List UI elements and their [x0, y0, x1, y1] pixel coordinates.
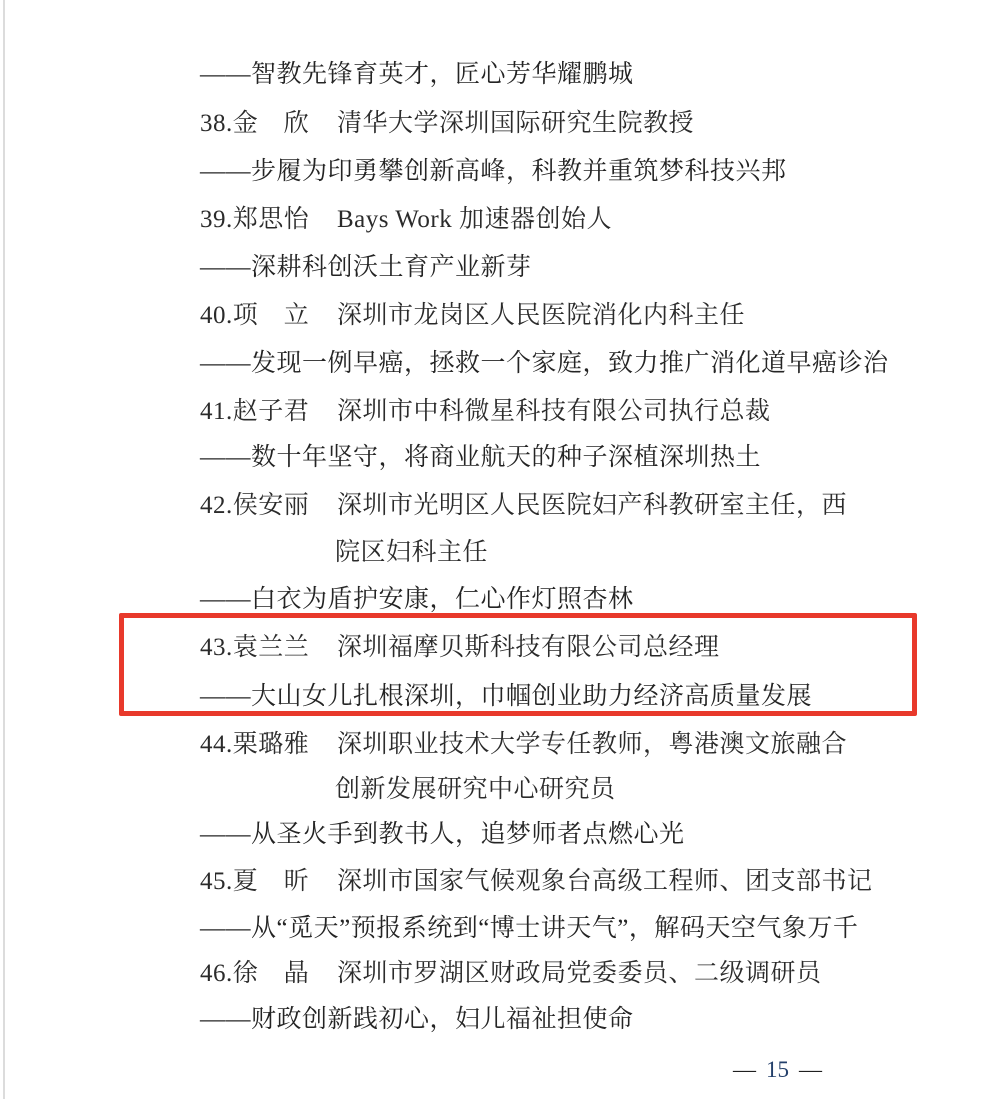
- entry-number: 38.: [200, 110, 233, 137]
- entry-number-name: 41.赵子君: [200, 395, 337, 429]
- red-highlight-box: [119, 613, 917, 716]
- entry-number: 42.: [200, 492, 233, 519]
- entry-name: 郑思怡: [233, 206, 310, 233]
- document-page: ——智教先锋育英才，匠心芳华耀鹏城 38.金 欣 清华大学深圳国际研究生院教授 …: [0, 0, 1000, 1099]
- slogan-text: ——从圣火手到教书人，追梦师者点燃心光: [200, 821, 685, 848]
- entry-name: 徐 晶: [233, 960, 310, 987]
- footer-left-dash: —: [733, 1053, 756, 1087]
- entry-number-name: 42.侯安丽: [200, 489, 337, 523]
- entry-name: 侯安丽: [233, 492, 310, 519]
- entry-name: 赵子君: [233, 398, 310, 425]
- entry-number-name: 46.徐 晶: [200, 957, 337, 991]
- slogan-text: ——财政创新践初心，妇儿福祉担使命: [200, 1006, 634, 1033]
- entry-line-40: 40.项 立 深圳市龙岗区人民医院消化内科主任: [200, 299, 745, 333]
- entry-title: 深圳市中科微星科技有限公司执行总裁: [337, 395, 771, 429]
- entry-line-38: 38.金 欣 清华大学深圳国际研究生院教授: [200, 107, 694, 141]
- slogan-line-46: ——财政创新践初心，妇儿福祉担使命: [200, 1003, 634, 1037]
- slogan-text: ——步履为印勇攀创新高峰，科教并重筑梦科技兴邦: [200, 158, 787, 185]
- slogan-text: ——发现一例早癌，拯救一个家庭，致力推广消化道早癌诊治: [200, 350, 889, 377]
- entry-title: 清华大学深圳国际研究生院教授: [337, 107, 694, 141]
- entry-number-name: 38.金 欣: [200, 107, 337, 141]
- slogan-line-38: ——步履为印勇攀创新高峰，科教并重筑梦科技兴邦: [200, 155, 787, 189]
- entry-title: 深圳职业技术大学专任教师，粤港澳文旅融合: [337, 728, 847, 762]
- entry-line-44-continuation: 创新发展研究中心研究员: [335, 773, 616, 807]
- slogan-line-42: ——白衣为盾护安康，仁心作灯照杏林: [200, 583, 634, 617]
- entry-number-name: 45.夏 昕: [200, 865, 337, 899]
- slogan-text: ——白衣为盾护安康，仁心作灯照杏林: [200, 586, 634, 613]
- entry-number: 46.: [200, 960, 233, 987]
- slogan-line-45: ——从“觅天”预报系统到“博士讲天气”，解码天空气象万千: [200, 912, 858, 946]
- entry-number: 40.: [200, 302, 233, 329]
- entry-title-continuation: 创新发展研究中心研究员: [335, 776, 616, 803]
- slogan-line-44: ——从圣火手到教书人，追梦师者点燃心光: [200, 818, 685, 852]
- entry-number: 39.: [200, 206, 233, 233]
- entry-line-41: 41.赵子君 深圳市中科微星科技有限公司执行总裁: [200, 395, 771, 429]
- entry-name: 夏 昕: [233, 868, 310, 895]
- slogan-text: ——智教先锋育英才，匠心芳华耀鹏城: [200, 61, 634, 88]
- slogan-text: ——数十年坚守，将商业航天的种子深植深圳热土: [200, 444, 761, 471]
- page-number-footer: — 15 —: [733, 1053, 822, 1087]
- entry-title: 深圳市国家气候观象台高级工程师、团支部书记: [337, 865, 873, 899]
- entry-title: 深圳市龙岗区人民医院消化内科主任: [337, 299, 745, 333]
- page-number: 15: [766, 1053, 789, 1087]
- footer-right-dash: —: [799, 1053, 822, 1087]
- entry-number: 44.: [200, 731, 233, 758]
- entry-name: 项 立: [233, 302, 310, 329]
- slogan-line: ——智教先锋育英才，匠心芳华耀鹏城: [200, 58, 634, 92]
- slogan-text: ——深耕科创沃土育产业新芽: [200, 254, 532, 281]
- entry-line-46: 46.徐 晶 深圳市罗湖区财政局党委委员、二级调研员: [200, 957, 822, 991]
- entry-title: Bays Work 加速器创始人: [337, 203, 612, 237]
- slogan-line-41: ——数十年坚守，将商业航天的种子深植深圳热土: [200, 441, 761, 475]
- entry-line-42-continuation: 院区妇科主任: [335, 536, 488, 570]
- entry-line-39: 39.郑思怡 Bays Work 加速器创始人: [200, 203, 612, 237]
- entry-number-name: 44.栗璐雅: [200, 728, 337, 762]
- entry-line-45: 45.夏 昕 深圳市国家气候观象台高级工程师、团支部书记: [200, 865, 873, 899]
- entry-number: 41.: [200, 398, 233, 425]
- entry-title: 深圳市罗湖区财政局党委委员、二级调研员: [337, 957, 822, 991]
- slogan-line-39: ——深耕科创沃土育产业新芽: [200, 251, 532, 285]
- slogan-line-40: ——发现一例早癌，拯救一个家庭，致力推广消化道早癌诊治: [200, 347, 889, 381]
- slogan-text: ——从“觅天”预报系统到“博士讲天气”，解码天空气象万千: [200, 915, 858, 942]
- scan-edge-line: [3, 0, 5, 1099]
- entry-title-continuation: 院区妇科主任: [335, 539, 488, 566]
- entry-name: 金 欣: [233, 110, 310, 137]
- entry-number-name: 40.项 立: [200, 299, 337, 333]
- entry-number-name: 39.郑思怡: [200, 203, 337, 237]
- entry-number: 45.: [200, 868, 233, 895]
- entry-line-44: 44.栗璐雅 深圳职业技术大学专任教师，粤港澳文旅融合: [200, 728, 847, 762]
- entry-name: 栗璐雅: [233, 731, 310, 758]
- entry-title: 深圳市光明区人民医院妇产科教研室主任，西: [337, 489, 847, 523]
- entry-line-42: 42.侯安丽 深圳市光明区人民医院妇产科教研室主任，西: [200, 489, 847, 523]
